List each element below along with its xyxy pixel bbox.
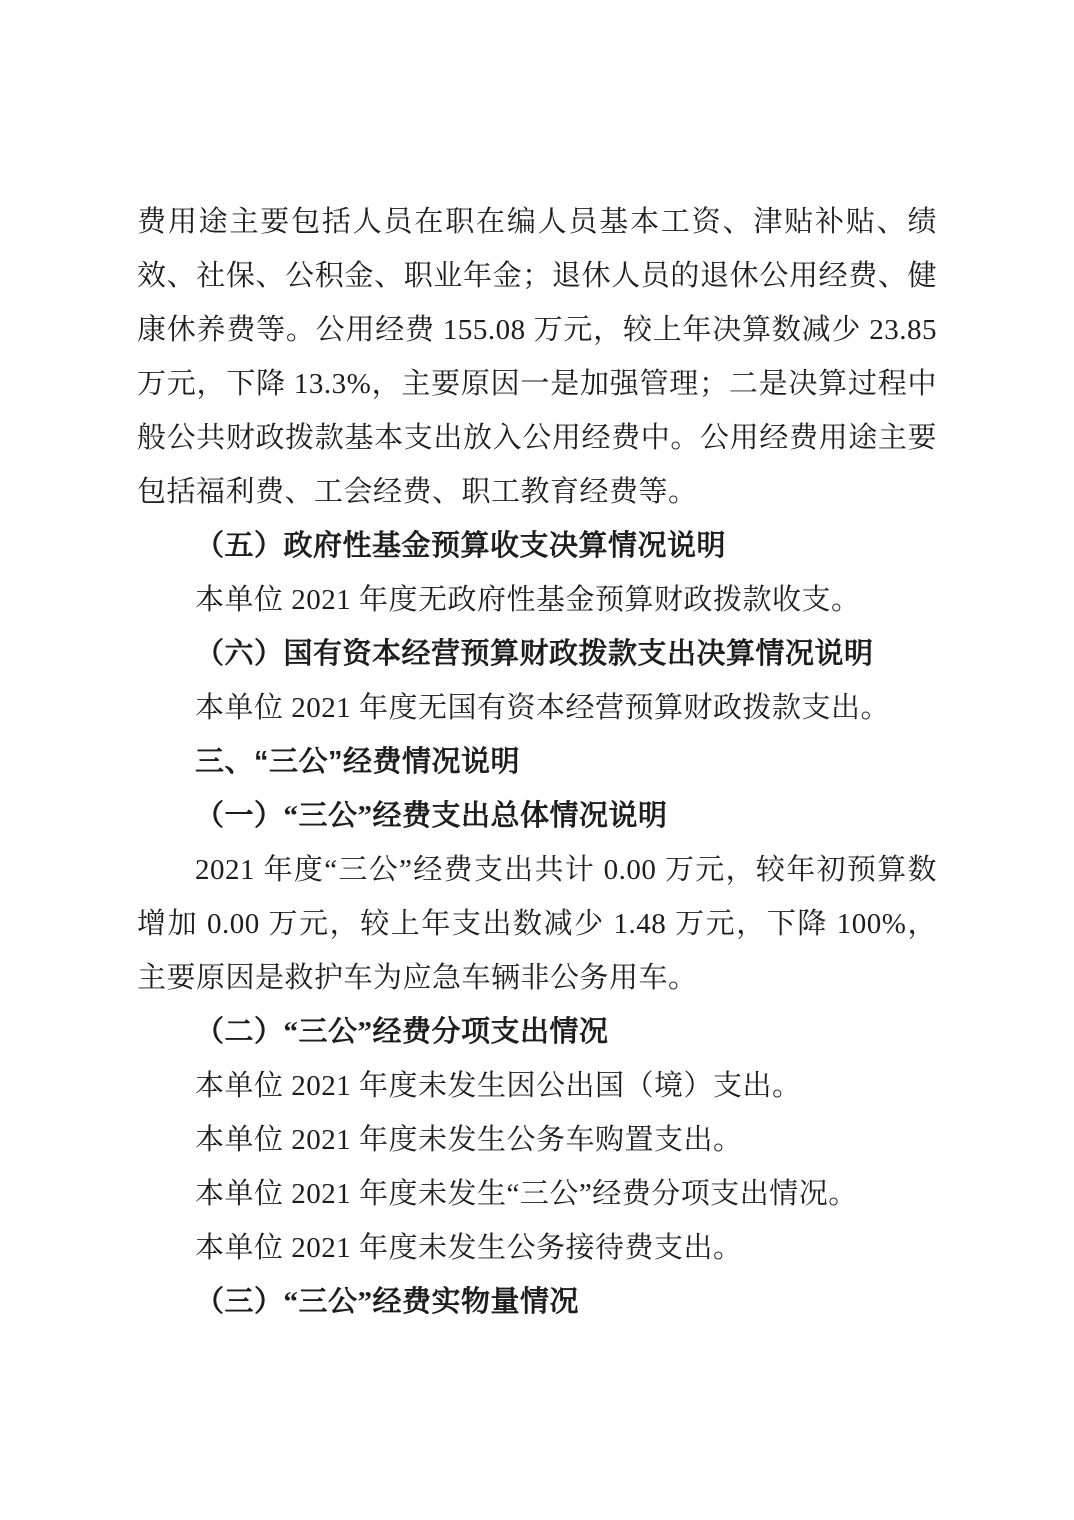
subsection-heading-2: （二）“三公”经费分项支出情况 bbox=[137, 1005, 937, 1059]
paragraph: 本单位 2021 年度未发生因公出国（境）支出。 bbox=[137, 1059, 937, 1113]
paragraph: 本单位 2021 年度无政府性基金预算财政拨款收支。 bbox=[137, 573, 937, 627]
section-heading-6: （六）国有资本经营预算财政拨款支出决算情况说明 bbox=[137, 627, 937, 681]
subsection-heading-3: （三）“三公”经费实物量情况 bbox=[137, 1275, 937, 1329]
chapter-heading-3: 三、“三公”经费情况说明 bbox=[137, 735, 937, 789]
paragraph: 本单位 2021 年度无国有资本经营预算财政拨款支出。 bbox=[137, 681, 937, 735]
paragraph: 本单位 2021 年度未发生“三公”经费分项支出情况。 bbox=[137, 1167, 937, 1221]
document-page: 费用途主要包括人员在职在编人员基本工资、津贴补贴、绩效、社保、公积金、职业年金；… bbox=[0, 0, 1074, 1520]
paragraph: 2021 年度“三公”经费支出共计 0.00 万元，较年初预算数增加 0.00 … bbox=[137, 843, 937, 1005]
section-heading-5: （五）政府性基金预算收支决算情况说明 bbox=[137, 519, 937, 573]
subsection-heading-1: （一）“三公”经费支出总体情况说明 bbox=[137, 789, 937, 843]
paragraph: 本单位 2021 年度未发生公务接待费支出。 bbox=[137, 1221, 937, 1275]
paragraph-continuation: 费用途主要包括人员在职在编人员基本工资、津贴补贴、绩效、社保、公积金、职业年金；… bbox=[137, 195, 937, 519]
paragraph: 本单位 2021 年度未发生公务车购置支出。 bbox=[137, 1113, 937, 1167]
document-body: 费用途主要包括人员在职在编人员基本工资、津贴补贴、绩效、社保、公积金、职业年金；… bbox=[137, 195, 937, 1329]
